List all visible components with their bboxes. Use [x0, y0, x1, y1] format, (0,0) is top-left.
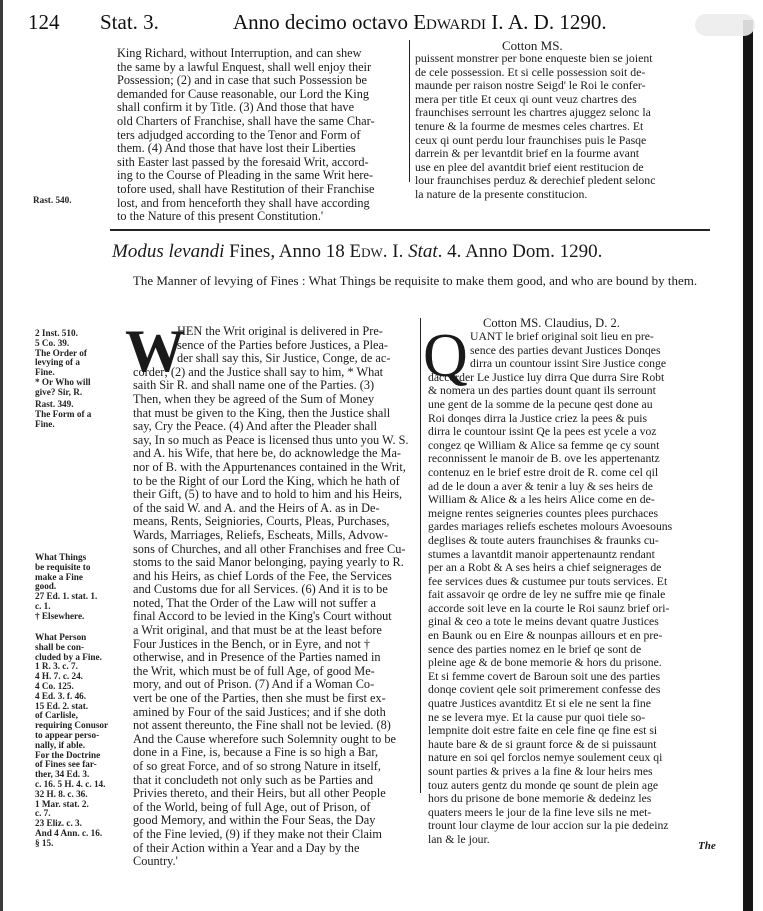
margin-note: What Personshall be con-cluded by a Fine… [35, 633, 108, 849]
text-line: Et si femme covert de Baroun soit une de… [428, 670, 713, 684]
text-line: trount lour clayme de lour accion sur la… [428, 819, 713, 833]
title-end: . 4. Anno Dom. 1290. [438, 241, 603, 262]
statute-number: Stat. 3. [100, 10, 159, 35]
margin-note: What Thingsbe requisite tomake a Finegoo… [35, 553, 97, 622]
text-line: ‘that it concludeth not only such as be … [133, 774, 413, 788]
text-line: ‘ters adjudged according to the Tenor an… [117, 129, 399, 143]
text-line: ad de le doun a aver & tenir a luy & ses… [428, 480, 713, 494]
text-line: ‘amined by Four of the said Justices; an… [133, 706, 413, 720]
text-line: donqe covient qele soit primerement conf… [428, 683, 713, 697]
text-line: ‘der shall say this, Sir Justice, Conge,… [133, 352, 413, 366]
text-line: ‘King Richard, without Interruption, and… [117, 47, 399, 61]
text-line: dirra un countour issint Sire Justice co… [428, 357, 713, 371]
text-line: fait assavoir qe ordre de ley ne suffre … [428, 588, 713, 602]
text-line: ‘and his Heirs, as chief Lords of the Fe… [133, 570, 413, 584]
text-line: ‘nor of B. with the Appurtenances contai… [133, 461, 413, 475]
text-line: ‘saith Sir R. and shall name one of the … [133, 379, 413, 393]
text-line: ‘the Writ, which must be of full Age, of… [133, 665, 413, 679]
french-text-bottom: UANT le brief original soit lieu en pre-… [428, 330, 713, 847]
window-left-edge [0, 0, 3, 911]
text-line: quatre Justices avantditz Et si ele ne s… [428, 697, 713, 711]
text-line: ‘of the World, being of full Age, out of… [133, 801, 413, 815]
text-line: use en plee del avantdit brief eient res… [415, 161, 707, 175]
heading-text: Cotton MS. [502, 38, 563, 53]
text-line: ‘Then, when they be agreed of the Sum of… [133, 393, 413, 407]
english-text-top: ‘King Richard, without Interruption, and… [117, 47, 399, 224]
text-line: contenuz en le brief estre droit de R. c… [428, 466, 713, 480]
text-line: accorde soit leve en la courte le Roi sa… [428, 602, 713, 616]
text-line: touz auters gentz du monde qe sount de p… [428, 779, 713, 793]
text-line: ‘Four Justices in the Bench, or in Eyre,… [133, 638, 413, 652]
text-line: maunde per raison nostre Seigd' le Roi l… [415, 79, 707, 93]
text-line: ‘Privies thereto, and their Heirs, but a… [133, 787, 413, 801]
running-title: Anno decimo octavo Edwardi I. [233, 10, 504, 35]
text-line: ‘stoms to the said Manor belonging, payi… [133, 556, 413, 570]
section-divider [110, 229, 710, 231]
text-line: stumes a lavantdit manoir appertenauntz … [428, 548, 713, 562]
text-line: ‘otherwise, and in Presence of the Parti… [133, 651, 413, 665]
text-line: une gent de la somme de la pecune qest d… [428, 398, 713, 412]
title-king: Edwardi [413, 10, 486, 34]
text-line: meigne rentes seigneries countes plees p… [428, 507, 713, 521]
text-line: fee services dues & custumee pur touts s… [428, 575, 713, 589]
text-line: Roi donqes dirra la Justice criez la pee… [428, 412, 713, 426]
text-line: ‘tofore used, shall have Restitution of … [117, 183, 399, 197]
margin-note: 2 Inst. 510.5 Co. 39.The Order oflevying… [35, 329, 91, 398]
text-line: William & Alice & a les heirs Alice come… [428, 493, 713, 507]
text-line: congez qe William & Alice sa femme qe cy… [428, 439, 713, 453]
text-line: quaters meers le jour de la fine leve si… [428, 806, 713, 820]
text-line: ‘a Writ original, and that must be at th… [133, 624, 413, 638]
text-line: mera per title Et ceux qi ount veuz char… [415, 93, 707, 107]
text-line: ne se levera mye. Et la cause pur quoi t… [428, 711, 713, 725]
text-line: ‘sons of Churches, and all other Franchi… [133, 543, 413, 557]
text-line: ‘done in a Fine, is, because a Fine is s… [133, 746, 413, 760]
text-line: lour fraunchises perduz & derechief pled… [415, 174, 707, 188]
text-line: darrein & per levantdit brief en la four… [415, 147, 707, 161]
text-line: ‘and Customs due for all Services. (6) A… [133, 583, 413, 597]
text-line: ‘sith Easter last passed by the foresaid… [117, 156, 399, 170]
section-title: Modus levandi Fines, Anno 18 Edw. I. Sta… [112, 241, 712, 263]
text-line: UANT le brief original soit lieu en pre- [428, 330, 713, 344]
text-line: ‘vert be one of the Parties, then she mu… [133, 692, 413, 706]
text-line: de cele possession. Et si celle possessi… [415, 66, 707, 80]
text-line: ceux qi ount perdu lour fraunchises puis… [415, 134, 707, 148]
margin-note-line: give? Sir, R. [35, 388, 91, 398]
cotton-ms-heading-bottom: Cotton MS. Claudius, D. 2. [483, 316, 620, 331]
text-line: ‘them. (4) And those that have lost thei… [117, 142, 399, 156]
margin-note-rast-540: Rast. 540. [33, 196, 72, 206]
text-line: ‘mory, and out of Prison. (7) And if a W… [133, 678, 413, 692]
margin-note-line: § 15. [35, 839, 108, 849]
title-mid: Fines, Anno 18 [224, 241, 349, 262]
text-line: hors du prisone de bone memorie & dedein… [428, 792, 713, 806]
title-italic: Modus levandi [112, 241, 224, 262]
text-line: lempnite doit estre faite en cele fine q… [428, 724, 713, 738]
text-line: nature en soi qel forclos nemye soulemen… [428, 751, 713, 765]
text-line: ‘And the Cause wherefore such Solemnity … [133, 733, 413, 747]
text-line: deglises & toute auters fraunchises & fr… [428, 534, 713, 548]
title-king: Edw [350, 241, 383, 262]
text-line: ‘old Charters of Franchise, shall have t… [117, 115, 399, 129]
text-line: ‘Country.' [133, 855, 413, 869]
text-line: & nomera un des parties dount quant ils … [428, 384, 713, 398]
year: A. D. 1290. [508, 10, 607, 35]
text-line: ‘demanded for Cause reasonable, our Lord… [117, 88, 399, 102]
section-subtitle: The Manner of levying of Fines : What Th… [120, 273, 710, 288]
text-line: ‘good Memory, and within the Four Seas, … [133, 814, 413, 828]
text-line: lan & le jour. [428, 833, 713, 847]
english-text-bottom: ‘HEN the Writ original is delivered in P… [133, 325, 413, 869]
text-line: sence des parties devant Justices Donqes [428, 344, 713, 358]
catchword: The [698, 840, 716, 852]
title-pre: Anno decimo octavo [233, 10, 413, 34]
text-line: fraunchises serrount les chartres ajugge… [415, 106, 707, 120]
text-line: en Baunk ou en Eire & nounpas aillours e… [428, 629, 713, 643]
text-line: ‘not assent thereunto, the Fine shall no… [133, 719, 413, 733]
text-line: ‘say, In so much as Peace is licensed th… [133, 434, 413, 448]
text-line: sount parties & prives a la fine & lour … [428, 765, 713, 779]
text-line: ‘of the said W. and A. and the Heirs of … [133, 502, 413, 516]
title-after-king: . I. [383, 241, 408, 262]
text-line: ‘HEN the Writ original is delivered in P… [133, 325, 413, 339]
text-line: ‘that must be given to the King, then th… [133, 407, 413, 421]
page-number: 124 [28, 10, 60, 35]
text-line: ‘noted, That the Order of the Law will n… [133, 597, 413, 611]
margin-note-line: Fine. [35, 420, 91, 430]
text-line: pleine age & de bone memorie & hors du p… [428, 656, 713, 670]
text-line: ‘corder; (2) and the Justice shall say t… [133, 366, 413, 380]
running-header: 124 Stat. 3. Anno decimo octavo Edwardi … [28, 10, 728, 40]
text-line: ‘lost, and from henceforth they shall ha… [117, 197, 399, 211]
text-line: ‘of the Fine levied, (9) if they make no… [133, 828, 413, 842]
french-text-top: puissent monstrer per bone enqueste bien… [415, 52, 707, 202]
column-divider-top [409, 40, 410, 182]
text-line: ‘shall confirm it by Title. (3) And thos… [117, 101, 399, 115]
text-line: ‘of their Action within a Year and a Day… [133, 842, 413, 856]
text-line: ginal & ceo a tote le meins devant quatr… [428, 615, 713, 629]
text-line: ‘and A. his Wife, that here be, do ackno… [133, 447, 413, 461]
text-line: ‘their Gift, (5) to have and to hold to … [133, 488, 413, 502]
margin-note-line: † Elsewhere. [35, 612, 97, 622]
text-line: ‘of so great Force, and of so strong Nat… [133, 760, 413, 774]
title-post: I. [486, 10, 504, 34]
text-line: daccorder Le Justice luy dirra Que durra… [428, 371, 713, 385]
text-line: ‘Possession; (2) and in case that such P… [117, 74, 399, 88]
text-line: gardes mariages reliefs eschetes molours… [428, 520, 713, 534]
text-line: per an a Robt & A ses heirs a chief seig… [428, 561, 713, 575]
title-stat: Stat [408, 241, 438, 262]
page-binding-shadow [743, 20, 753, 911]
text-line: reconnissent le manoir de B. ove les app… [428, 452, 713, 466]
text-line: ‘Wards, Marriages, Reliefs, Escheats, Mi… [133, 529, 413, 543]
text-line: ‘to the Nature of this present Constitut… [117, 210, 399, 224]
text-line: la nature de la presente constitucion. [415, 188, 707, 202]
text-line: haute bare & de si graunt force & de si … [428, 738, 713, 752]
text-line: puissent monstrer per bone enqueste bien… [415, 52, 707, 66]
text-line: ‘ing to the Course of Pleading in the sa… [117, 169, 399, 183]
text-line: ‘means, Rents, Seigniories, Courts, Plea… [133, 515, 413, 529]
text-line: ‘final Accord to be levied in the King's… [133, 610, 413, 624]
column-divider-bottom [420, 318, 421, 793]
text-line: dirra le countour issint Qe la pees est … [428, 425, 713, 439]
text-line: ‘sence of the Parties before Justices, a… [133, 339, 413, 353]
text-line: ‘the same by a lawful Enquest, shall wel… [117, 61, 399, 75]
text-line: ‘to be the Right of our Lord the King, w… [133, 475, 413, 489]
text-line: ‘say, Cry the Peace. (4) And after the P… [133, 420, 413, 434]
text-line: tenure & la fourme de mesmes celes chart… [415, 120, 707, 134]
text-line: sence des parties nomez en le brief qe s… [428, 643, 713, 657]
margin-note: Rast. 349.The Form of aFine. [35, 400, 91, 429]
